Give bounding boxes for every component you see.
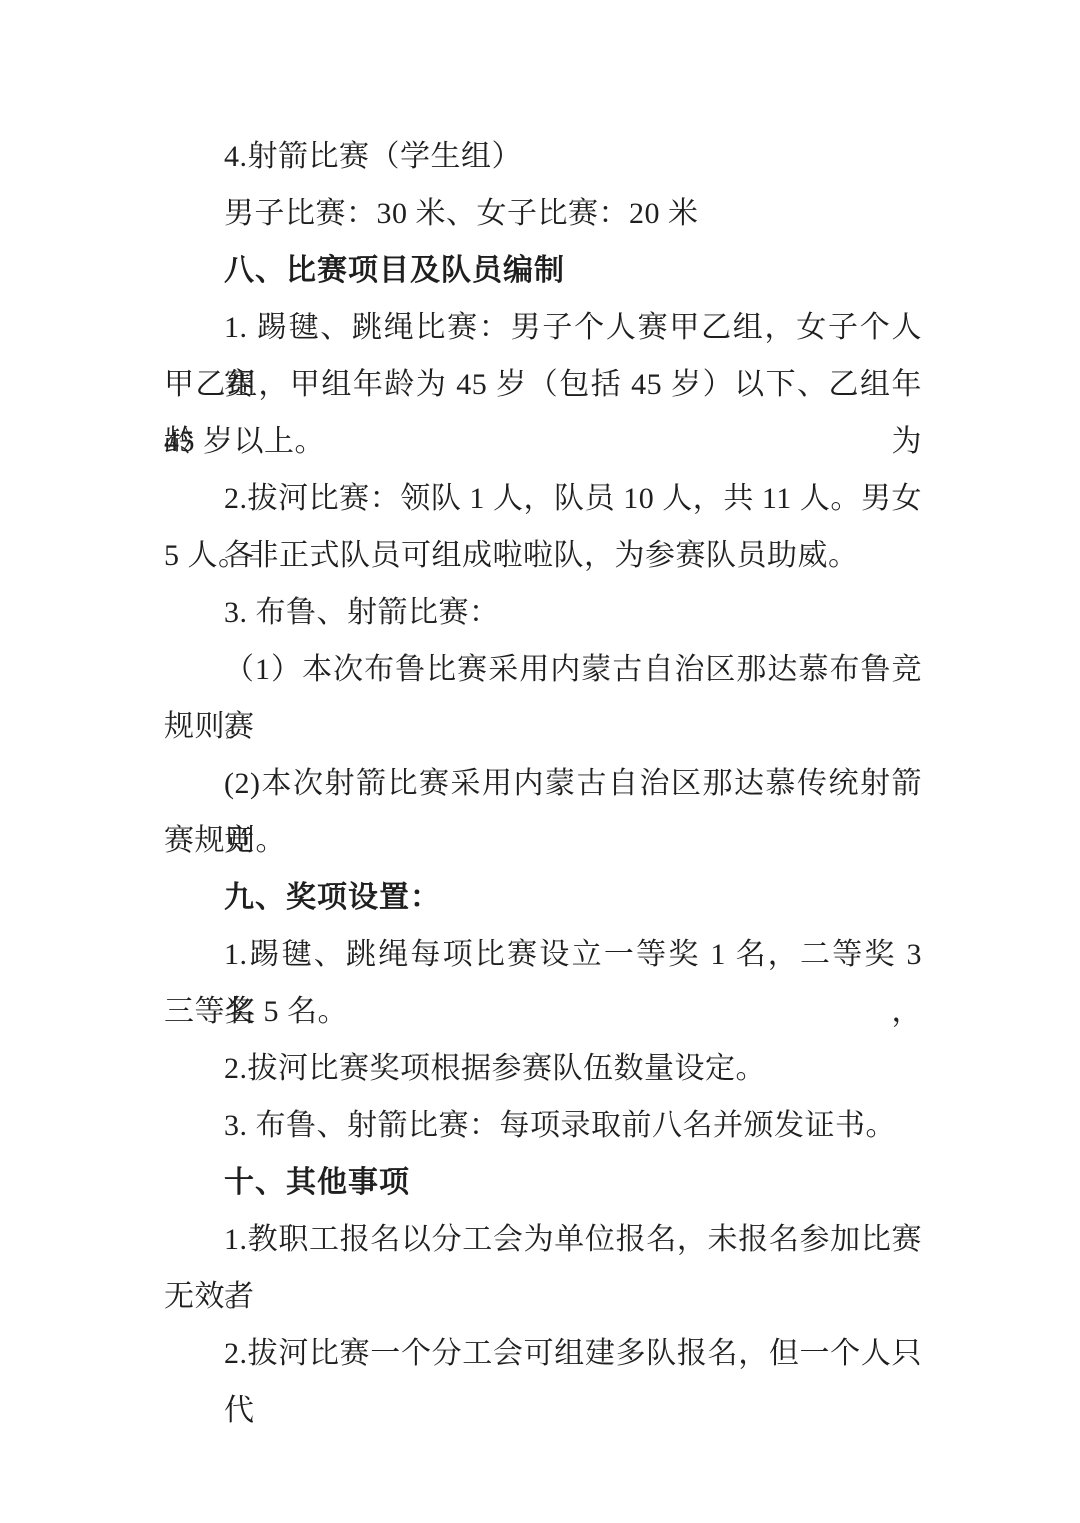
line-tugofwar-roster-1: 2.拔河比赛：领队 1 人，队员 10 人，共 11 人。男女各 bbox=[164, 470, 922, 527]
document-content: 4.射箭比赛（学生组） 男子比赛：30 米、女子比赛：20 米 八、比赛项目及队… bbox=[164, 128, 922, 1382]
line-tugofwar-multi-team-rule: 2.拔河比赛一个分工会可组建多队报名，但一个人只代 bbox=[164, 1325, 922, 1382]
heading-section-8-events-rosters: 八、比赛项目及队员编制 bbox=[164, 242, 922, 299]
document-page: 4.射箭比赛（学生组） 男子比赛：30 米、女子比赛：20 米 八、比赛项目及队… bbox=[0, 0, 1080, 1523]
heading-section-9-awards: 九、奖项设置： bbox=[164, 869, 922, 926]
line-bulu-archery-heading: 3. 布鲁、射箭比赛： bbox=[164, 584, 922, 641]
line-registration-rule-2: 无效。 bbox=[164, 1268, 922, 1325]
heading-section-10-other-matters: 十、其他事项 bbox=[164, 1154, 922, 1211]
line-bulu-rules-1: （1）本次布鲁比赛采用内蒙古自治区那达慕布鲁竞赛 bbox=[164, 641, 922, 698]
line-tugofwar-roster-2: 5 人。非正式队员可组成啦啦队，为参赛队员助威。 bbox=[164, 527, 922, 584]
line-awards-bulu-archery: 3. 布鲁、射箭比赛：每项录取前八名并颁发证书。 bbox=[164, 1097, 922, 1154]
line-awards-shuttlecock-rope-1: 1.踢毽、跳绳每项比赛设立一等奖 1 名，二等奖 3 名， bbox=[164, 926, 922, 983]
line-archery-student-group: 4.射箭比赛（学生组） bbox=[164, 128, 922, 185]
line-bulu-rules-2: 规则。 bbox=[164, 698, 922, 755]
line-registration-rule-1: 1.教职工报名以分工会为单位报名，未报名参加比赛者 bbox=[164, 1211, 922, 1268]
line-awards-tugofwar: 2.拔河比赛奖项根据参赛队伍数量设定。 bbox=[164, 1040, 922, 1097]
line-archery-rules-1: (2)本次射箭比赛采用内蒙古自治区那达慕传统射箭竞 bbox=[164, 755, 922, 812]
line-archery-distances: 男子比赛：30 米、女子比赛：20 米 bbox=[164, 185, 922, 242]
line-archery-rules-2: 赛规则。 bbox=[164, 812, 922, 869]
line-shuttlecock-rope-groups-1: 1. 踢毽、跳绳比赛：男子个人赛甲乙组，女子个人赛 bbox=[164, 299, 922, 356]
line-shuttlecock-rope-groups-2: 甲乙组，甲组年龄为 45 岁（包括 45 岁）以下、乙组年龄为 bbox=[164, 356, 922, 413]
